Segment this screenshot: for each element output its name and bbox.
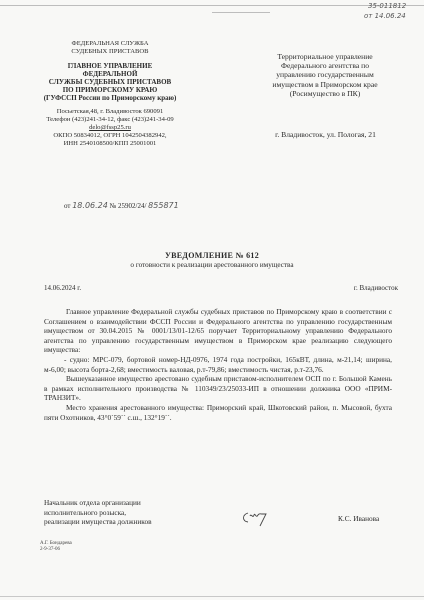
recipient-line: (Росимущество в ПК) xyxy=(250,89,400,98)
document-page: 35-011812 от 14.06.24 ФЕДЕРАЛЬНАЯ СЛУЖБА… xyxy=(0,0,424,600)
document-subtitle: о готовности к реализации арестованного … xyxy=(0,261,424,269)
executor-phone: 2-9-37-06 xyxy=(40,547,72,553)
org-short-name: (ГУФССП России по Приморскому краю) xyxy=(40,94,180,102)
registration-date-handwritten: от 14.06.24 xyxy=(364,12,406,20)
sender-letterhead: ФЕДЕРАЛЬНАЯ СЛУЖБА СУДЕБНЫХ ПРИСТАВОВ ГЛ… xyxy=(40,40,180,148)
document-city: г. Владивосток xyxy=(354,284,398,292)
scan-edge-line xyxy=(212,12,270,13)
document-title: УВЕДОМЛЕНИЕ № 612 xyxy=(0,251,424,260)
outgoing-number-handwritten: 855871 xyxy=(148,201,179,210)
body-paragraph: Вышеуказанное имущество арестовано судеб… xyxy=(44,374,392,403)
recipient-line: Федерального агентства по xyxy=(250,61,400,70)
outgoing-date-handwritten: 18.06.24 xyxy=(72,201,108,210)
sender-codes: ОКПО 50834012, ОГРН 1042504382942, xyxy=(40,132,180,140)
document-body: Главное управление Федеральной службы су… xyxy=(44,307,392,422)
recipient-line: управлению государственным xyxy=(250,70,400,79)
org-line: ФЕДЕРАЛЬНОЙ xyxy=(40,70,180,78)
recipient-line: Территориальное управление xyxy=(250,52,400,61)
recipient-line: имуществом в Приморском крае xyxy=(250,80,400,89)
sender-phone: Телефон (423)241-34-12, факс (423)241-34… xyxy=(40,116,180,124)
signatory-position: Начальник отдела организации исполнитель… xyxy=(44,498,152,527)
recipient-block: Территориальное управление Федерального … xyxy=(250,52,400,98)
registration-number-handwritten: 35-011812 xyxy=(368,2,406,10)
service-line: СУДЕБНЫХ ПРИСТАВОВ xyxy=(40,48,180,56)
recipient-address: г. Владивосток, ул. Пологая, 21 xyxy=(238,130,413,139)
service-line: ФЕДЕРАЛЬНАЯ СЛУЖБА xyxy=(40,40,180,48)
signature-icon xyxy=(240,509,272,527)
document-date: 14.06.2024 г. xyxy=(44,284,81,292)
scan-edge-line xyxy=(0,5,424,6)
scan-edge-line xyxy=(0,596,424,597)
sender-email-link[interactable]: delo@fssp25.ru xyxy=(89,124,131,131)
outgoing-reference: от 18.06.24 № 25902/24/ 855871 xyxy=(64,201,179,210)
sender-inn: ИНН 2540108500/КПП 25001001 xyxy=(40,140,180,148)
org-line: ГЛАВНОЕ УПРАВЛЕНИЕ xyxy=(40,62,180,70)
outgoing-number: № 25902/24/ xyxy=(110,202,147,210)
sender-address: Посьетская,48, г. Владивосток 690091 xyxy=(40,108,180,116)
executor-info: А.Г. Бондарева 2-9-37-06 xyxy=(40,541,72,553)
signatory-name: К.С. Иванова xyxy=(338,514,379,523)
body-paragraph: Главное управление Федеральной службы су… xyxy=(44,307,392,355)
org-line: СЛУЖБЫ СУДЕБНЫХ ПРИСТАВОВ xyxy=(40,78,180,86)
org-line: ПО ПРИМОРСКОМУ КРАЮ xyxy=(40,86,180,94)
storage-location: Место хранения арестованного имущества: … xyxy=(44,403,392,422)
property-description: - судно: МРС-079, бортовой номер-НД-0976… xyxy=(44,355,392,374)
